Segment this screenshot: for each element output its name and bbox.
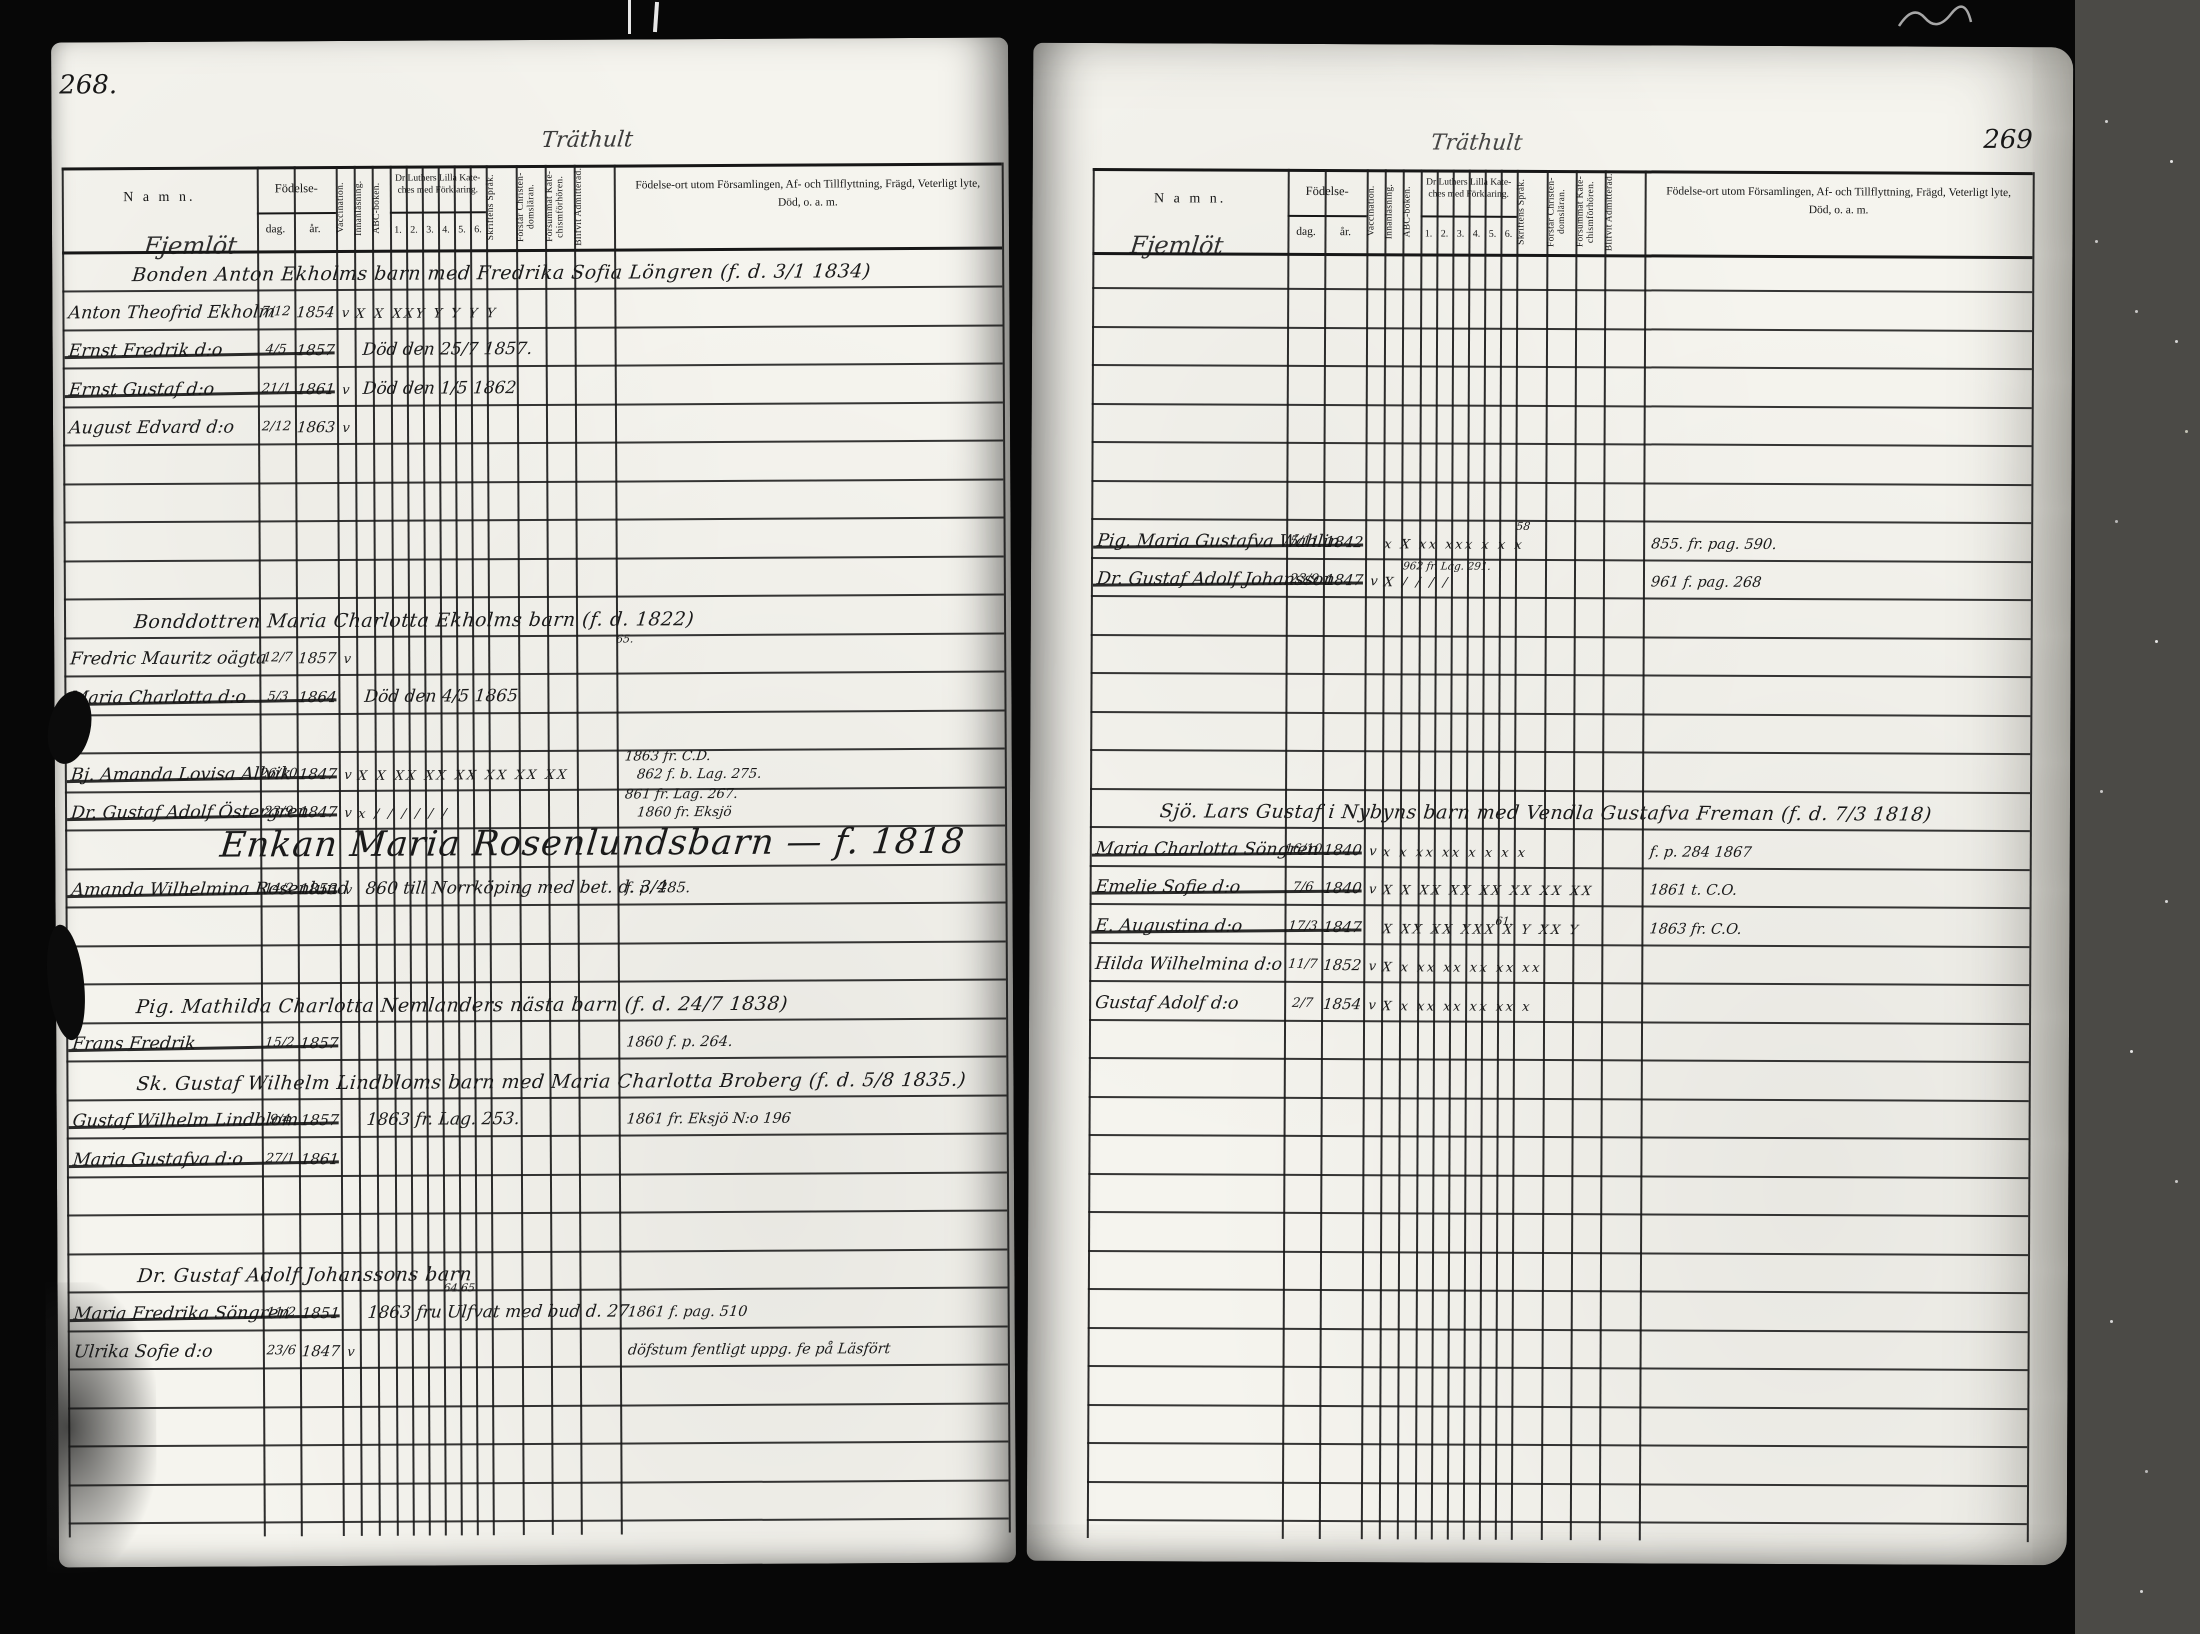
col-header-skriftens-sprak: Skriftens Språk. <box>486 167 516 247</box>
col-header-namn: N a m n. <box>62 189 257 206</box>
row-birth-year: 1857 <box>298 1111 342 1129</box>
ruled-line <box>67 1171 1007 1178</box>
row-vaccination-mark: v <box>338 806 357 821</box>
row-birth-year: 1847 <box>296 803 340 821</box>
row-margin-note: f. p. 285. <box>625 880 691 896</box>
col-header-kateches-num: 1. <box>390 225 406 236</box>
ruled-line <box>67 1248 1007 1255</box>
row-birth-day: 23/6 <box>262 1343 300 1358</box>
column-line <box>2027 172 2035 1542</box>
ruled-line <box>66 940 1006 947</box>
small-margin-number: 58 <box>1515 520 1530 533</box>
row-margin-note: döfstum fentligt uppg. fe på Läsfört <box>627 1341 891 1358</box>
col-header-fodelseort: Födelse-ort utom Församlingen, Af- och T… <box>1665 183 2013 220</box>
col-header-kateches-num: 5. <box>454 224 470 235</box>
header-bottom-border <box>62 247 1002 254</box>
ruled-line <box>67 1133 1007 1140</box>
row-margin-note: 861 fr. Lag. 267. <box>624 786 739 803</box>
ruled-line <box>1089 1134 2029 1140</box>
ruled-line <box>63 363 1003 370</box>
row-name: Ernst Fredrik d:o <box>68 341 224 362</box>
ruled-line <box>63 401 1003 408</box>
ruled-line <box>64 671 1004 678</box>
ruled-line <box>1091 595 2031 601</box>
row-death-note: 1863 fr. Lag. 253. <box>366 1109 521 1130</box>
row-margin-note: 1861 f. pag. 510 <box>627 1303 748 1320</box>
small-margin-number: 64.65. <box>443 1281 479 1294</box>
small-margin-number: 65. <box>615 632 634 645</box>
col-header-kateches-num: 6. <box>470 224 486 235</box>
ruled-line <box>64 594 1004 601</box>
row-death-note: Död den 1/5 1862 <box>362 378 517 399</box>
ruled-line <box>1089 980 2029 986</box>
row-birth-year: 1851 <box>299 1304 343 1322</box>
page-left: 268. Träthult Fjemlöt N a m n.Födelse-da… <box>51 38 1016 1568</box>
col-header-ar: år. <box>1324 226 1366 238</box>
row-vaccination-mark: v <box>1362 998 1382 1013</box>
col-header-forsummat-katechismforhoren: Försummat Kate­chismförhören. <box>545 167 574 247</box>
row-birth-year: 1847 <box>299 1342 343 1360</box>
row-death-note: Död den 4/5 1865 <box>363 686 518 707</box>
ruled-line <box>66 1056 1006 1063</box>
ruled-line <box>1089 941 2029 947</box>
ruled-line <box>1090 826 2030 832</box>
row-kateches-marks: X X XX XX XX XX XX XX <box>357 767 620 783</box>
col-header-kateches: Dr Luthers Lilla Kate­ches med Förklarin… <box>1421 177 1517 201</box>
row-vaccination-mark: v <box>1362 959 1382 974</box>
row-birth-year: 1857 <box>297 1034 341 1052</box>
row-vaccination-mark: v <box>336 421 355 436</box>
row-name: E. Augustina d:o <box>1094 916 1243 937</box>
col-header-kateches-num: 1. <box>1420 228 1436 239</box>
ruled-line <box>62 286 1002 293</box>
ruled-line <box>1088 1172 2028 1178</box>
page-right: 269 Träthult Fjemlöt N a m n.Födelse-dag… <box>1027 43 2074 1566</box>
col-header-vaccination: Vaccination. <box>336 168 354 248</box>
col-header-forstar-christendomslaran: Förstår Christen­domsläran. <box>516 167 545 247</box>
ruled-line <box>1088 1365 2028 1371</box>
ruled-line <box>67 1210 1007 1217</box>
row-birth-year: 1847 <box>1322 571 1366 589</box>
row-birth-year: 1857 <box>294 341 338 359</box>
row-margin-note: 855. fr. pag. 590. <box>1650 536 1777 553</box>
register-table-right: N a m n.Födelse-dag.år.Vaccination.Innan… <box>1087 43 2034 1562</box>
col-header-kateches-num: 4. <box>438 224 454 235</box>
col-header-kateches-num: 2. <box>406 225 422 236</box>
row-margin-note: 1861 t. C.O. <box>1649 882 1738 898</box>
col-header-blifvit-admitterad: Blifvit Admit­terad. <box>574 167 614 247</box>
row-kateches-marks: X X XXY Y Y Y Y <box>355 305 618 321</box>
scan-artifact-squiggle <box>1895 2 1975 34</box>
row-name: Hilda Wilhelmina d:o <box>1094 954 1283 975</box>
ruled-line <box>69 1479 1009 1486</box>
ruled-line <box>64 555 1004 562</box>
col-header-kateches: Dr Luthers Lilla Kate­ches med Förklarin… <box>390 173 486 197</box>
col-header-kateches-num: 4. <box>1468 229 1484 240</box>
row-vaccination-mark: v <box>336 382 355 397</box>
row-birth-year: 1861 <box>294 380 338 398</box>
col-header-vaccination: Vaccination. <box>1366 171 1384 251</box>
ruled-line <box>1091 479 2031 485</box>
ruled-line <box>1088 1249 2028 1255</box>
ruled-line <box>65 748 1005 755</box>
row-margin-note: 1860 f. p. 264. <box>625 1034 733 1051</box>
col-header-forsummat-katechismforhoren: Försummat Kate­chismförhören. <box>1575 172 1604 252</box>
ruled-line <box>68 1325 1008 1332</box>
ruled-line <box>1091 633 2031 639</box>
row-birth-day: 7/6 <box>1284 880 1323 895</box>
col-header-skriftens-sprak: Skriftens Språk. <box>1516 172 1546 252</box>
col-header-dag: dag. <box>1287 226 1324 238</box>
row-margin-note: 1863 fr. C.O. <box>1649 921 1743 937</box>
row-vaccination-mark: v <box>1364 574 1384 589</box>
row-kateches-marks: X / / / / <box>1383 575 1647 591</box>
ruled-line <box>66 902 1006 909</box>
col-header-kateches-num: 5. <box>1484 229 1500 240</box>
row-name: Gustaf Adolf d:o <box>1094 993 1240 1014</box>
ruled-line <box>1091 672 2031 678</box>
col-header-abc-boken: ABC-boken. <box>1402 171 1420 251</box>
row-vaccination-mark: v <box>339 883 358 898</box>
col-header-kateches-num: 3. <box>1452 229 1468 240</box>
group-header-script: Sk. Gustaf Wilhelm Lindbloms barn med Ma… <box>135 1068 967 1094</box>
ruled-line <box>1090 787 2030 793</box>
col-header-ar: år. <box>294 223 336 235</box>
group-header-script: Sjö. Lars Gustaf i Nybyns barn med Vendl… <box>1159 800 1933 825</box>
register-table-left: N a m n.Födelse-dag.år.Vaccination.Innan… <box>61 38 1009 1563</box>
row-birth-day: 2/7 <box>1283 995 1322 1010</box>
fodelse-divider <box>1288 215 1367 217</box>
row-kateches-marks: x X xx xxx x x x <box>1383 537 1647 553</box>
col-header-kateches-num: 2. <box>1436 228 1452 239</box>
row-kateches-marks: X x xx xx xx xx x <box>1381 999 1645 1015</box>
ruled-line <box>64 517 1004 524</box>
ruled-line <box>1090 864 2030 870</box>
row-birth-year: 1852 <box>1320 956 1364 974</box>
col-header-innanlasning: Innanläsning. <box>1384 171 1402 251</box>
ruled-line <box>68 1364 1008 1371</box>
ruled-line <box>63 440 1003 447</box>
row-birth-year: 1863 <box>294 418 338 436</box>
ruled-line <box>68 1402 1008 1409</box>
ruled-line <box>1087 1519 2027 1525</box>
ruled-line <box>1092 287 2032 293</box>
ruled-line <box>1090 903 2030 909</box>
scan-smudge <box>46 1282 158 1573</box>
col-header-abc-boken: ABC-boken. <box>372 168 390 248</box>
row-kateches-marks: x / / / / / / <box>357 806 620 822</box>
ruled-line <box>66 1017 1006 1024</box>
ruled-line <box>1088 1211 2028 1217</box>
row-birth-year: 1847 <box>1320 918 1364 936</box>
ruled-line <box>68 1287 1008 1294</box>
row-name: Frans Fredrik <box>71 1034 196 1055</box>
row-birth-year: 1847 <box>296 765 340 783</box>
ruled-line <box>1092 441 2032 447</box>
row-birth-year: 1857 <box>295 649 339 667</box>
ruled-line <box>1090 710 2030 716</box>
row-name: Anton Theofrid Ekholm <box>67 302 276 323</box>
col-header-fodelseort: Födelse-ort utom Församlingen, Af- och T… <box>634 176 982 213</box>
scan-artifact-tick <box>653 2 659 32</box>
row-margin-note: 1861 fr. Eksjö N:o 196 <box>626 1111 792 1128</box>
scan-artifact-tick <box>628 0 631 34</box>
row-birth-year: 1861 <box>298 1150 342 1168</box>
ruled-line <box>1087 1480 2027 1486</box>
ruled-line <box>1089 1057 2029 1063</box>
row-birth-year: 1842 <box>1322 533 1366 551</box>
book-scan: 268. Träthult Fjemlöt N a m n.Födelse-da… <box>0 0 2200 1634</box>
ruled-line <box>1087 1442 2027 1448</box>
ruled-line <box>1088 1326 2028 1332</box>
ruled-line <box>63 324 1003 331</box>
group-header-script: Dr. Gustaf Adolf Johanssons barn <box>136 1263 473 1287</box>
row-birth-day: 23/9 <box>1285 572 1324 587</box>
ruled-line <box>1090 749 2030 755</box>
row-birth-year: 1840 <box>1321 879 1365 897</box>
row-birth-day: 2/12 <box>257 419 295 434</box>
fodelse-divider <box>257 212 336 214</box>
col-header-forstar-christendomslaran: Förstår Christen­domsläran. <box>1546 172 1575 252</box>
row-vaccination-mark: v <box>341 1345 360 1360</box>
row-birth-year: 1864 <box>296 688 340 706</box>
row-name: Fredric Mauritz oägta <box>69 648 267 669</box>
row-kateches-marks: x x xx xx x x x x <box>1382 845 1646 861</box>
col-header-innanlasning: Innanläsning. <box>354 168 372 248</box>
row-birth-day: 11/7 <box>1283 957 1322 972</box>
row-vaccination-mark: v <box>336 305 355 320</box>
ruled-line <box>1092 364 2032 370</box>
ruled-line <box>1088 1288 2028 1294</box>
header-bottom-border <box>1092 252 2032 259</box>
row-birth-day: 7/12 <box>257 304 295 319</box>
row-vaccination-mark: v <box>337 652 356 667</box>
col-header-blifvit-admitterad: Blifvit Admit­terad. <box>1604 172 1644 252</box>
col-header-kateches-num: 3. <box>422 224 438 235</box>
ruled-line <box>1089 1095 2029 1101</box>
col-header-dag: dag. <box>257 223 294 235</box>
ruled-line <box>65 786 1005 793</box>
ruled-line <box>68 1441 1008 1448</box>
row-margin-note: 1863 fr. C.D. <box>624 748 712 764</box>
row-vaccination-mark: v <box>1363 844 1383 859</box>
row-birth-year: 1853 <box>297 880 341 898</box>
row-kateches-marks: X x xx xx xx xx xx <box>1381 960 1645 976</box>
row-margin-note: f. p. 284 1867 <box>1649 844 1753 860</box>
col-header-fodelse: Födelse- <box>257 181 336 196</box>
row-margin-note: 1860 fr. Eksjö <box>636 804 732 821</box>
ruled-line <box>63 478 1003 485</box>
row-name: Emelie Sofie d:o <box>1095 877 1242 898</box>
group-header-script: Bonden Anton Ekholms barn med Fredrika S… <box>131 260 872 286</box>
ruled-line <box>67 1094 1007 1101</box>
small-margin-number: 61. <box>1495 915 1514 928</box>
col-header-namn: N a m n. <box>1093 191 1288 208</box>
row-margin-note: 862 f. b. Lag. 275. <box>636 765 762 782</box>
large-annotation-script: Enkan Maria Rosenlundsbarn — f. 1818 <box>218 821 967 865</box>
ruled-line <box>1092 402 2032 408</box>
row-death-note: Död den 25/7 1857. <box>362 339 534 360</box>
row-kateches-marks: X XX XX XXX X Y XX Y <box>1382 922 1646 938</box>
row-birth-year: 1854 <box>294 303 338 321</box>
row-birth-year: 1840 <box>1321 841 1365 859</box>
row-margin-note: 961 f. pag. 268 <box>1650 574 1762 590</box>
ruled-line <box>69 1518 1009 1525</box>
row-sub-note: 962 fr. Lag. 291. <box>1402 560 1491 572</box>
ruled-line <box>65 709 1005 716</box>
row-name: August Edvard d:o <box>68 418 235 439</box>
row-death-note: 860 till Norrköping med bet. d. 3/4 <box>364 877 668 899</box>
row-vaccination-mark: v <box>338 767 357 782</box>
row-birth-year: 1854 <box>1320 995 1364 1013</box>
col-header-kateches-num: 6. <box>1500 229 1516 240</box>
ruled-line <box>1087 1403 2027 1409</box>
row-kateches-marks: X X XX XX XX XX XX XX <box>1382 883 1646 899</box>
group-header-script: Pig. Mathilda Charlotta Nemlanders nästa… <box>135 992 789 1017</box>
row-death-note: 1863 fru Ulfvat med bud d. 27. <box>367 1301 636 1322</box>
ruled-line <box>1091 518 2031 524</box>
ruled-line <box>66 979 1006 986</box>
row-vaccination-mark: v <box>1363 882 1383 897</box>
ruled-line <box>65 863 1005 870</box>
col-header-fodelse: Födelse- <box>1288 184 1367 199</box>
scan-table-background <box>2075 0 2200 1634</box>
ruled-line <box>1091 556 2031 562</box>
group-header-script: Bonddottren Maria Charlotta Ekholms barn… <box>133 608 695 633</box>
ruled-line <box>1089 1018 2029 1024</box>
ruled-line <box>1092 325 2032 331</box>
ruled-line <box>64 632 1004 639</box>
row-birth-day: 12/7 <box>258 650 296 665</box>
